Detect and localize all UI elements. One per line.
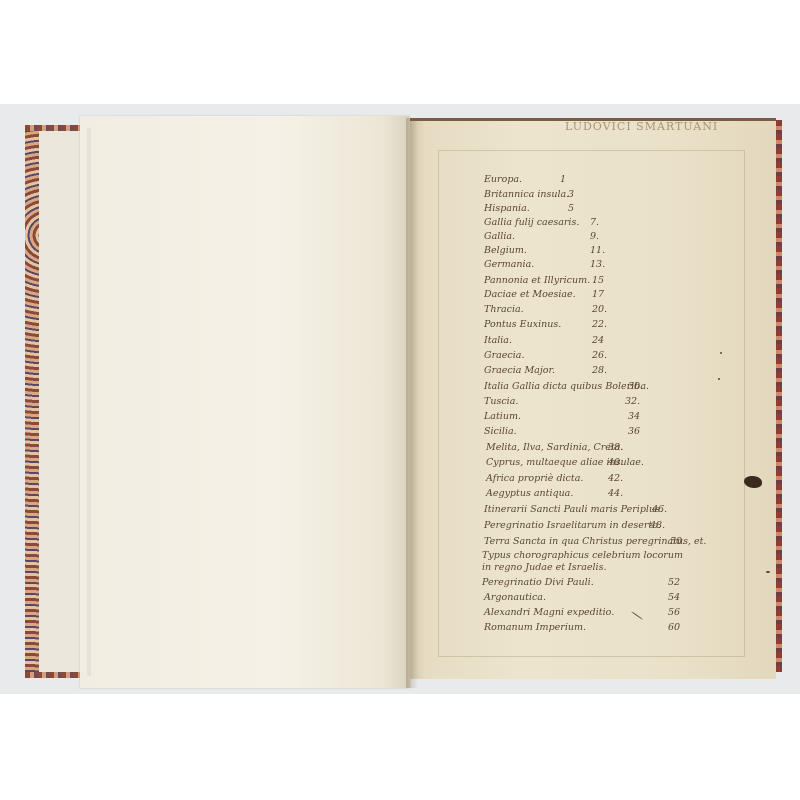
index-entry-page: 36 [628, 426, 640, 437]
flyleaf-fold [87, 128, 91, 676]
index-entry-title: Daciae et Moesiae. [484, 289, 576, 300]
index-entry-page: 56 [668, 607, 680, 618]
index-entry-title: Argonautica. [484, 592, 546, 603]
index-entry-page: 30. [628, 381, 643, 392]
index-entry-title: Europa. [484, 174, 522, 185]
speck [720, 352, 722, 354]
index-entry-page: 52 [668, 577, 680, 588]
index-entry-title: Graecia Major. [484, 365, 555, 376]
index-entry-title: Tuscia. [484, 396, 518, 407]
index-entry-page: 60 [668, 622, 680, 633]
index-entry-title: Germania. [484, 259, 534, 270]
index-entry-title: Hispania. [484, 203, 530, 214]
index-entry-page: 54 [668, 592, 680, 603]
index-entry-title: Peregrinatio Israelitarum in deserto. [484, 520, 661, 531]
index-entry-title: Latium. [484, 411, 521, 422]
index-entry-title: Gallia. [484, 231, 515, 242]
index-entry-title: Itinerarii Sancti Pauli maris Periplus. [484, 504, 663, 515]
index-entry-page: 1 [560, 174, 566, 185]
index-entry-title: Melita, Ilva, Sardinia, Creta. [486, 442, 623, 453]
index-entry-title: Peregrinatio Divi Pauli. [482, 577, 594, 588]
speck [766, 571, 770, 573]
index-entry-page: 11. [590, 245, 605, 256]
index-entry-title: Africa propriè dicta. [486, 473, 583, 484]
index-entry-page: 7. [590, 217, 599, 228]
index-entry-page: 9. [590, 231, 599, 242]
ink-stain [744, 476, 762, 488]
index-entry-page: 32. [625, 396, 640, 407]
index-entry-title: Pontus Euxinus. [484, 319, 561, 330]
index-entry-page: 28. [592, 365, 607, 376]
index-entry-title: Italia Gallia dicta quibus Boleriba. [484, 381, 649, 392]
index-entry-page: 24 [592, 335, 604, 346]
index-entry-page: 17 [592, 289, 604, 300]
index-entry-title: Typus chorographicus celebrium locorum [482, 550, 683, 561]
index-entry-page: 50. [670, 536, 685, 547]
index-entry-page: 46. [652, 504, 667, 515]
index-entry-title: Gallia fulij caesaris. [484, 217, 579, 228]
index-entry-page: 44. [608, 488, 623, 499]
index-entry-title: Graecia. [484, 350, 524, 361]
index-entry-title: Thracia. [484, 304, 524, 315]
index-entry-title: in regno Judae et Israelis. [482, 562, 606, 573]
index-entry-title: Romanum Imperium. [484, 622, 586, 633]
owner-signature: LUDOVICI SMARTUANI [565, 120, 718, 133]
spine-shadow [406, 118, 418, 688]
index-entry-page: 38. [608, 442, 623, 453]
index-entry-page: 20. [592, 304, 607, 315]
index-entry-page: 26. [592, 350, 607, 361]
index-entry-page: 13. [590, 259, 605, 270]
index-entry-page: 34 [628, 411, 640, 422]
index-entry-page: 40. [608, 457, 623, 468]
speck [718, 378, 720, 380]
index-entry-page: 3 [568, 189, 574, 200]
index-entry-title: Alexandri Magni expeditio. [484, 607, 614, 618]
blank-flyleaf-page [80, 116, 410, 688]
index-entry-page: 22. [592, 319, 607, 330]
index-entry-title: Aegyptus antiqua. [486, 488, 573, 499]
index-entry-title: Belgium. [484, 245, 527, 256]
index-entry-page: 15 [592, 275, 604, 286]
index-entry-page: 5 [568, 203, 574, 214]
index-entry-title: Italia. [484, 335, 512, 346]
index-entry-title: Sicilia. [484, 426, 517, 437]
index-entry-title: Pannonia et Illyricum. [484, 275, 590, 286]
index-entry-page: 48. [650, 520, 665, 531]
index-entry-title: Britannica insula. [484, 189, 569, 200]
index-entry-page: 42. [608, 473, 623, 484]
